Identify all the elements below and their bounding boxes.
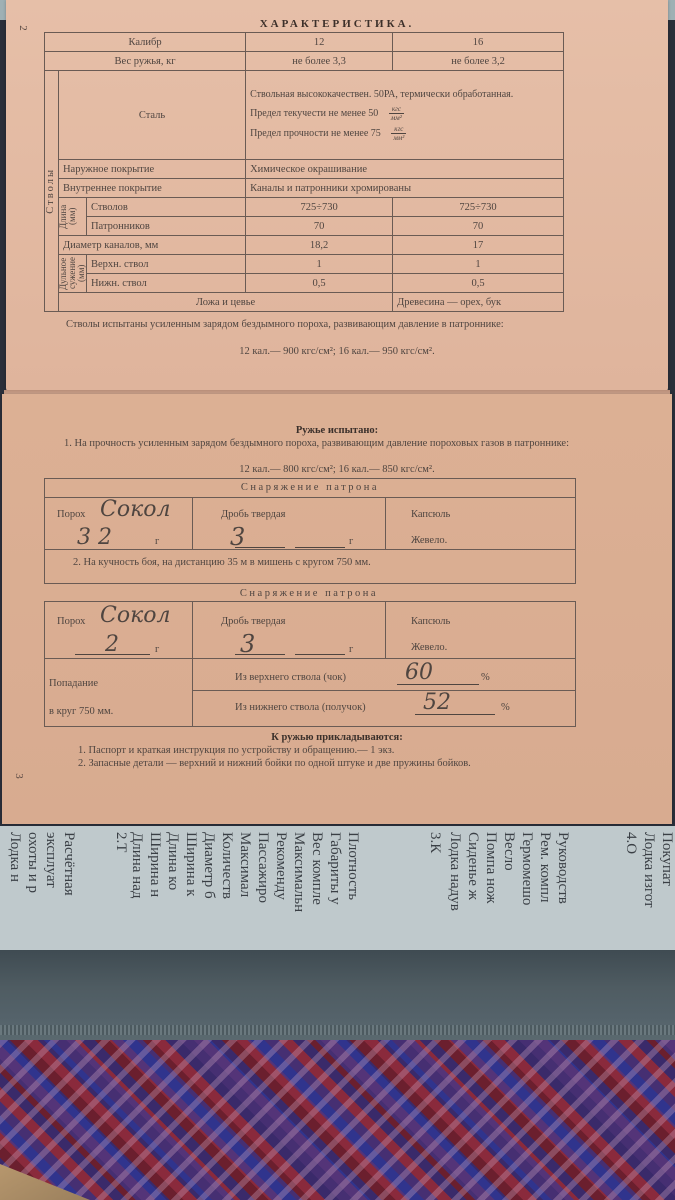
loading-heading: Снаряжение патрона: [45, 482, 575, 493]
upper-choke-12: 1: [246, 255, 393, 274]
primer-label: Капсюль: [411, 616, 450, 627]
table-row: Вес ружья, кг не более 3,3 не более 3,2: [45, 52, 564, 71]
plastic-sleeve: [0, 950, 675, 1045]
bore-diameter-label: Диаметр каналов, мм: [58, 236, 245, 255]
chambers-length-16: 70: [393, 217, 564, 236]
booklet-text: 4.О: [622, 832, 639, 854]
booklet-text: Покупат: [658, 832, 675, 886]
booklet-text: Ширина н: [146, 832, 163, 897]
choke-group-label: Дульное сужение (мм): [59, 255, 86, 292]
table-row: Патронников 70 70: [45, 217, 564, 236]
accessories-heading: К ружью прикладываются:: [2, 731, 672, 744]
passport-page-2: 2 ХАРАКТЕРИСТИКА. Калибр 12 16 Вес ружья…: [6, 0, 668, 392]
barrels-length-label: Стволов: [86, 198, 245, 217]
booklet-text: Помпа нож: [482, 832, 499, 904]
booklet-text: Гермомешо: [518, 832, 535, 905]
primer-value: Жевело.: [411, 535, 447, 546]
stock-value: Древесина — орех, бук: [393, 293, 564, 312]
table-row: Стволы Сталь Ствольная высококачествен. …: [45, 71, 564, 160]
upper-barrel-hits-handwritten[interactable]: 60: [405, 660, 433, 685]
table-row: Длина (мм) Стволов 725÷730 725÷730: [45, 198, 564, 217]
lower-choke-12: 0,5: [246, 274, 393, 293]
table-row: Наружное покрытие Химическое окрашивание: [45, 160, 564, 179]
bore-diameter-12: 18,2: [246, 236, 393, 255]
lower-barrel-hits-label: Из нижнего ствола (получок): [235, 702, 366, 713]
inner-coating-label: Внутреннее покрытие: [58, 179, 245, 198]
booklet-text: Максимальн: [290, 832, 307, 912]
table-row: Диаметр каналов, мм 18,2 17: [45, 236, 564, 255]
unit-fraction: кгсмм²: [391, 125, 406, 142]
upper-barrel-hits-label: Из верхнего ствола (чок): [235, 672, 346, 683]
upper-barrel-label: Верхн. ствол: [86, 255, 245, 274]
booklet-text: Весло: [500, 832, 517, 871]
shot-label: Дробь твердая: [221, 509, 286, 520]
cartridge-loading-form-1: Снаряжение патрона Порох Сокол 3 2 г Дро…: [44, 478, 576, 584]
weight-label: Вес ружья, кг: [45, 52, 246, 71]
steel-label: Сталь: [58, 71, 245, 160]
booklet-text: Сиденье ж: [464, 832, 481, 900]
table-row: Дульное сужение (мм) Верхн. ствол 1 1: [45, 255, 564, 274]
booklet-text: Длина над: [128, 832, 145, 899]
booklet-text: Количеств: [218, 832, 235, 899]
booklet-text: Максимал: [236, 832, 253, 897]
page-number: 3: [13, 773, 25, 779]
booklet-text: 3.К: [426, 832, 443, 853]
grams-unit: г: [155, 536, 159, 547]
characteristics-table: Калибр 12 16 Вес ружья, кг не более 3,3 …: [44, 32, 564, 312]
upper-choke-16: 1: [393, 255, 564, 274]
booklet-text: Лодка надув: [446, 832, 463, 911]
shot-label: Дробь твердая: [221, 616, 286, 627]
caliber-label: Калибр: [45, 33, 246, 52]
grams-unit: г: [155, 644, 159, 655]
yield-strength: Предел текучести не менее 50: [250, 108, 378, 119]
booklet-text: охоты и р: [24, 832, 41, 893]
percent-sign: %: [501, 702, 510, 713]
grams-unit: г: [349, 644, 353, 655]
tensile-strength: Предел прочности не менее 75: [250, 128, 381, 139]
proof-note: Стволы испытаны усиленным зарядом бездым…: [42, 318, 566, 331]
powder-grams-handwritten[interactable]: 3 2: [77, 525, 112, 550]
tested-heading: Ружье испытано:: [2, 424, 672, 437]
booklet-text: Пассажиро: [254, 832, 271, 903]
strength-test-text: 1. На прочность усиленным зарядом бездым…: [74, 437, 574, 450]
powder-value-handwritten[interactable]: Сокол: [100, 497, 170, 522]
strength-test-values: 12 кал.— 800 кгс/см²; 16 кал.— 850 кгс/с…: [2, 463, 672, 476]
booklet-text: Рекоменду: [272, 832, 289, 900]
caliber-16: 16: [393, 33, 564, 52]
booklet-text: эксплуат: [42, 832, 59, 888]
bore-diameter-16: 17: [393, 236, 564, 255]
outer-coating-label: Наружное покрытие: [58, 160, 245, 179]
primer-label: Капсюль: [411, 509, 450, 520]
cartridge-loading-form-2: Порох Сокол 2 г Дробь твердая 3 г Капсюл…: [44, 601, 576, 727]
grams-unit: г: [349, 536, 353, 547]
inner-coating-value: Каналы и патронники хромированы: [246, 179, 564, 198]
unit-fraction: кгсмм²: [389, 105, 404, 122]
powder-label: Порох: [57, 509, 85, 520]
booklet-text: Ширина к: [182, 832, 199, 896]
accuracy-test-text: 2. На кучность боя, на дистанцию 35 м в …: [73, 557, 371, 568]
chambers-length-12: 70: [246, 217, 393, 236]
booklet-text: Диаметр б: [200, 832, 217, 899]
accessory-item: 1. Паспорт и краткая инструкция по устро…: [78, 744, 578, 757]
percent-sign: %: [481, 672, 490, 683]
lower-barrel-label: Нижн. ствол: [86, 274, 245, 293]
boat-booklet-underneath: Лодка н охоты и р эксплуат Расчётная 2.Т…: [0, 826, 675, 956]
length-group-label: Длина (мм): [59, 198, 77, 235]
proof-values: 12 кал.— 900 кгс/см²; 16 кал.— 950 кгс/с…: [6, 345, 668, 358]
weight-16: не более 3,2: [393, 52, 564, 71]
hits-circle-label: в круг 750 мм.: [49, 706, 113, 717]
booklet-text: Лодка н: [6, 832, 23, 882]
plaid-fabric-background: [0, 1040, 675, 1200]
booklet-text: Габариты у: [326, 832, 343, 905]
hits-label: Попадание: [49, 678, 98, 689]
passport-page-3: 3 Ружье испытано: 1. На прочность усилен…: [2, 394, 672, 824]
page-title: ХАРАКТЕРИСТИКА.: [6, 18, 668, 30]
table-row: Ложа и цевье Древесина — орех, бук: [45, 293, 564, 312]
lower-barrel-hits-handwritten[interactable]: 52: [423, 690, 451, 715]
booklet-text: Вес компле: [308, 832, 325, 905]
accessory-item: 2. Запасные детали — верхний и нижний бо…: [78, 757, 600, 770]
caliber-12: 12: [246, 33, 393, 52]
booklet-text: Длина ко: [164, 832, 181, 890]
barrels-length-12: 725÷730: [246, 198, 393, 217]
loading-heading: Снаряжение патрона: [44, 588, 574, 599]
barrels-group-label: Стволы: [45, 168, 56, 214]
booklet-text: Расчётная: [60, 832, 77, 896]
booklet-text: Лодка изгот: [640, 832, 657, 908]
weight-12: не более 3,3: [246, 52, 393, 71]
booklet-text: Руководств: [554, 832, 571, 904]
stock-label: Ложа и цевье: [58, 293, 392, 312]
table-row: Калибр 12 16: [45, 33, 564, 52]
booklet-text: Плотность: [344, 832, 361, 900]
table-row: Нижн. ствол 0,5 0,5: [45, 274, 564, 293]
lower-choke-16: 0,5: [393, 274, 564, 293]
primer-value: Жевело.: [411, 642, 447, 653]
booklet-text: 2.Т: [112, 832, 129, 852]
table-row: Внутреннее покрытие Каналы и патронники …: [45, 179, 564, 198]
booklet-text: Рем. компл: [536, 832, 553, 903]
powder-label: Порох: [57, 616, 85, 627]
steel-description: Ствольная высококачествен. 50РА, термиче…: [250, 88, 559, 101]
barrels-length-16: 725÷730: [393, 198, 564, 217]
chambers-length-label: Патронников: [86, 217, 245, 236]
outer-coating-value: Химическое окрашивание: [246, 160, 564, 179]
powder-value-handwritten[interactable]: Сокол: [100, 603, 170, 628]
